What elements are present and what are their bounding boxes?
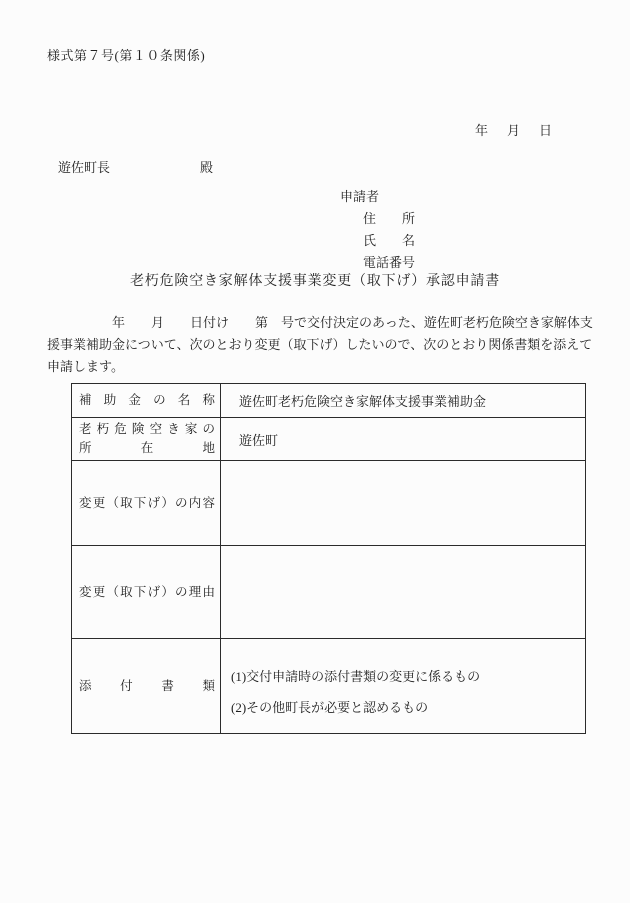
subsidy-name-label: 補助金の名称	[79, 391, 215, 410]
applicant-name-label: 氏 名	[363, 230, 415, 252]
body-paragraph: 年 月 日付け 第 号で交付決定のあった、遊佐町老朽危険空き家解体支 援事業補助…	[47, 312, 595, 378]
change-reason-label: 変更（取下げ）の理由	[79, 583, 215, 602]
attachments-label: 添付書類	[79, 677, 215, 696]
row-label-cell: 老朽危険空き家の 所在地	[72, 418, 221, 461]
body-line-3: 申請します。	[47, 356, 595, 378]
attachment-item-1: (1)交付申請時の添付書類の変更に係るもの	[231, 667, 584, 687]
addressee-line: 遊佐町長殿	[58, 157, 213, 176]
applicant-block: 申請者 住 所 氏 名 電話番号	[340, 186, 415, 274]
application-table: 補助金の名称 遊佐町老朽危険空き家解体支援事業補助金 老朽危険空き家の 所在地 …	[71, 383, 586, 734]
addressee-honorific: 殿	[200, 160, 213, 175]
row-label-cell: 添付書類	[72, 639, 221, 734]
attachment-item-2: (2)その他町長が必要と認めるもの	[231, 698, 584, 718]
document-page: 様式第７号(第１０条関係) 年月日 遊佐町長殿 申請者 住 所 氏 名 電話番号…	[0, 0, 630, 903]
date-month-label: 月	[507, 123, 520, 138]
subsidy-name-value: 遊佐町老朽危険空き家解体支援事業補助金	[221, 384, 586, 418]
house-location-label-line2: 所在地	[79, 439, 215, 458]
date-year-label: 年	[475, 123, 488, 138]
table-row-attachments: 添付書類 (1)交付申請時の添付書類の変更に係るもの (2)その他町長が必要と認…	[72, 639, 586, 734]
attachments-value-cell: (1)交付申請時の添付書類の変更に係るもの (2)その他町長が必要と認めるもの	[221, 639, 586, 734]
addressee-name: 遊佐町長	[58, 160, 110, 175]
applicant-heading: 申請者	[340, 186, 415, 208]
body-line-1: 年 月 日付け 第 号で交付決定のあった、遊佐町老朽危険空き家解体支	[47, 312, 595, 334]
change-reason-value	[221, 546, 586, 639]
applicant-fields: 住 所 氏 名 電話番号	[363, 208, 415, 274]
table-row-change-content: 変更（取下げ）の内容	[72, 461, 586, 546]
document-title: 老朽危険空き家解体支援事業変更（取下げ）承認申請書	[0, 270, 630, 290]
change-content-label: 変更（取下げ）の内容	[79, 494, 215, 513]
row-label-cell: 補助金の名称	[72, 384, 221, 418]
row-label-cell: 変更（取下げ）の内容	[72, 461, 221, 546]
table-row-subsidy-name: 補助金の名称 遊佐町老朽危険空き家解体支援事業補助金	[72, 384, 586, 418]
date-day-label: 日	[539, 123, 552, 138]
row-label-cell: 変更（取下げ）の理由	[72, 546, 221, 639]
form-number: 様式第７号(第１０条関係)	[47, 45, 205, 64]
change-content-value	[221, 461, 586, 546]
table-row-change-reason: 変更（取下げ）の理由	[72, 546, 586, 639]
date-line: 年月日	[475, 120, 552, 139]
house-location-label-line1: 老朽危険空き家の	[79, 420, 215, 439]
house-location-value: 遊佐町	[221, 418, 586, 461]
table-row-house-location: 老朽危険空き家の 所在地 遊佐町	[72, 418, 586, 461]
applicant-address-label: 住 所	[363, 208, 415, 230]
body-line-2: 援事業補助金について、次のとおり変更（取下げ）したいので、次のとおり関係書類を添…	[47, 334, 595, 356]
